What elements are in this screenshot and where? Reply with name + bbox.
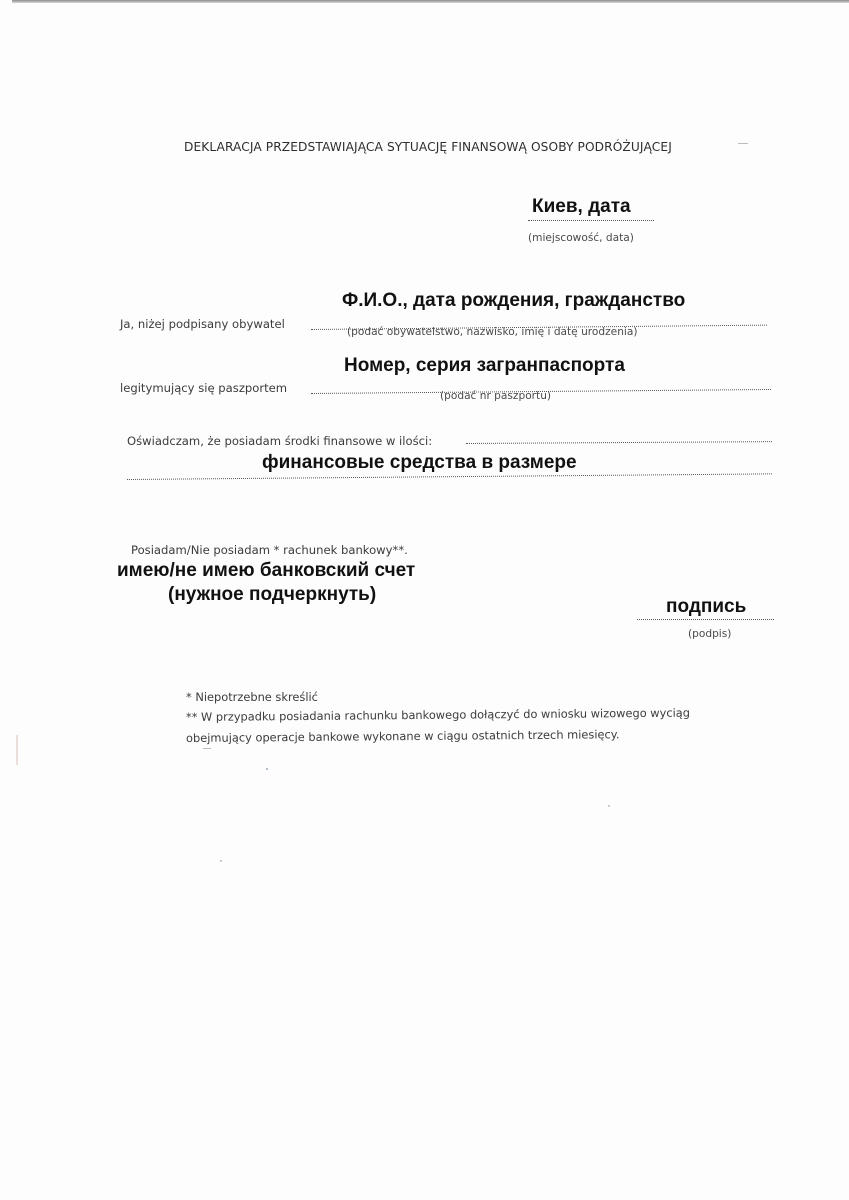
scan-mark [16,735,18,765]
funds-value[interactable]: финансовые средства в размере [262,452,577,474]
signature-value[interactable]: подпись [666,596,746,618]
scan-speck [266,768,268,770]
bank-account-instruction: (нужное подчеркнуть) [168,584,376,606]
scan-speck [608,805,610,807]
passport-caption: (podać nr paszportu) [440,390,551,402]
citizen-caption: (podać obywatelstwo, nazwisko, imię i da… [347,326,637,338]
funds-label: Oświadczam, że posiadam środki finansowe… [127,434,432,448]
citizen-value[interactable]: Ф.И.О., дата рождения, гражданство [342,290,685,312]
passport-label: legitymujący się paszportem [120,381,287,395]
citizen-label: Ja, niżej podpisany obywatel [120,317,285,331]
scan-edge [12,0,849,3]
bank-account-label: Posiadam/Nie posiadam * rachunek bankowy… [131,543,408,557]
place-date-caption: (miejscowość, data) [528,232,634,244]
place-date-value[interactable]: Киев, дата [532,196,631,218]
scan-mark [203,748,211,749]
place-date-line [528,220,654,221]
footnote-1: * Niepotrzebne skreślić [186,690,318,704]
passport-value[interactable]: Номер, серия загранпаспорта [344,355,625,377]
funds-line-1 [466,441,772,444]
document-title: DEKLARACJA PRZEDSTAWIAJĄCA SYTUACJĘ FINA… [184,140,672,154]
signature-caption: (podpis) [688,628,731,640]
bank-account-value[interactable]: имею/не имею банковский счет [117,560,415,582]
footnote-3: obejmujący operacje bankowe wykonane w c… [186,727,620,745]
footnote-2: ** W przypadku posiadania rachunku banko… [186,706,690,724]
scan-mark [738,143,748,144]
scan-speck [220,860,222,862]
funds-line-2 [127,473,772,480]
signature-line [637,619,774,620]
